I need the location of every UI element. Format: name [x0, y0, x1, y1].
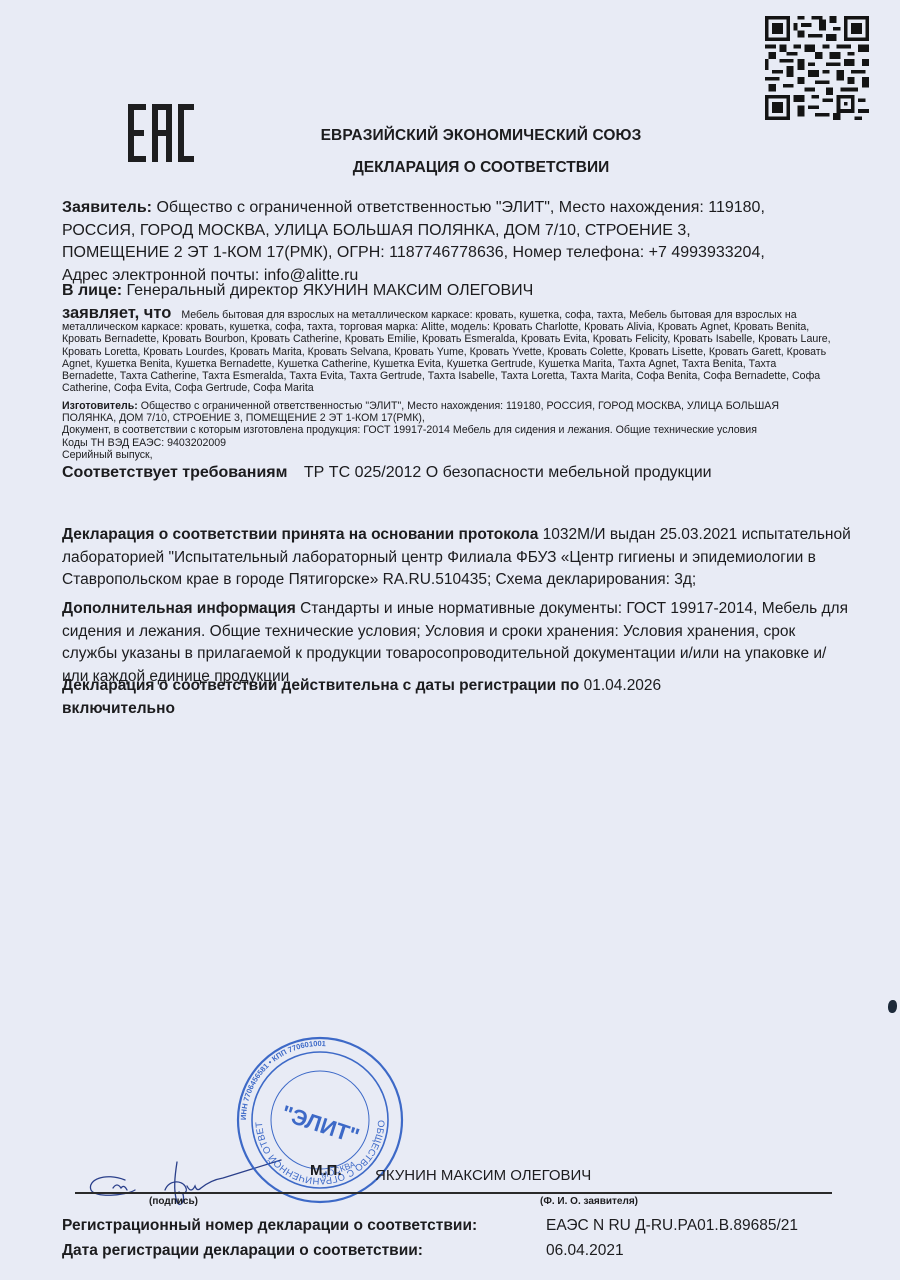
declares-line-2: металлическом каркасе: кровать, кушетка,…	[62, 321, 862, 333]
protocol-section: Декларация о соответствии принята на осн…	[62, 524, 852, 592]
compliance-label: Соответствует требованиям	[62, 464, 287, 481]
svg-text:ИНН 7706456581 • КПП 770601001: ИНН 7706456581 • КПП 770601001	[239, 1039, 326, 1120]
manufacturer-line-1: Изготовитель: Общество с ограниченной от…	[62, 400, 862, 412]
declares-line-4: Кровать Loretta, Кровать Lourdes, Кроват…	[62, 346, 862, 358]
manufacturer-codes: Коды ТН ВЭД ЕАЭС: 9403202009	[62, 437, 862, 449]
applicant-section: Заявитель: Общество с ограниченной ответ…	[62, 197, 852, 287]
document-title: ДЕКЛАРАЦИЯ О СООТВЕТСТВИИ	[0, 159, 900, 177]
svg-text:"ЭЛИТ": "ЭЛИТ"	[278, 1100, 362, 1149]
declares-line-7: Catherine, Софа Evita, Софа Gertrude, Со…	[62, 382, 862, 394]
representative-text: Генеральный директор ЯКУНИН МАКСИМ ОЛЕГО…	[127, 282, 534, 299]
manufacturer-section: Изготовитель: Общество с ограниченной от…	[62, 400, 862, 461]
declares-line-3: Кровать Bernadette, Кровать Bourbon, Кро…	[62, 333, 862, 345]
validity-suffix: включительно	[62, 700, 175, 717]
applicant-line-2: РОССИЯ, ГОРОД МОСКВА, УЛИЦА БОЛЬШАЯ ПОЛЯ…	[62, 220, 852, 243]
registration-number-value: ЕАЭС N RU Д-RU.РА01.В.89685/21	[546, 1217, 798, 1235]
compliance-section: Соответствует требованиям ТР ТС 025/2012…	[62, 464, 862, 482]
qr-code-icon	[765, 16, 869, 120]
manufacturer-serial: Серийный выпуск,	[62, 449, 862, 461]
qr-code[interactable]	[765, 16, 869, 120]
stamp-place-label: М.П.	[310, 1162, 342, 1179]
representative-label: В лице:	[62, 282, 122, 299]
validity-date: 01.04.2026	[584, 677, 662, 694]
registration-date-label: Дата регистрации декларации о соответств…	[62, 1242, 423, 1260]
declares-label: заявляет, что	[62, 304, 171, 322]
applicant-line-1: Заявитель: Общество с ограниченной ответ…	[62, 197, 852, 220]
signature-line-divider	[75, 1192, 832, 1194]
manufacturer-document: Документ, в соответствии с которым изгот…	[62, 424, 862, 436]
representative-section: В лице: Генеральный директор ЯКУНИН МАКС…	[62, 280, 852, 303]
punch-hole-mark	[888, 1000, 897, 1013]
union-title: ЕВРАЗИЙСКИЙ ЭКОНОМИЧЕСКИЙ СОЮЗ	[0, 127, 900, 145]
name-caption: (Ф. И. О. заявителя)	[540, 1196, 638, 1207]
declares-line-5: Agnet, Кушетка Benita, Кушетка Bernadett…	[62, 358, 862, 370]
declares-section: заявляет, чтоМебель бытовая для взрослых…	[62, 306, 862, 394]
protocol-label: Декларация о соответствии принята на осн…	[62, 526, 538, 543]
declares-line-6: Bernadette, Тахта Catherine, Тахта Esmer…	[62, 370, 862, 382]
registration-number-label: Регистрационный номер декларации о соотв…	[62, 1217, 477, 1235]
compliance-text: ТР ТС 025/2012 О безопасности мебельной …	[304, 464, 712, 481]
signature-caption: (подпись)	[149, 1196, 198, 1207]
manufacturer-label: Изготовитель:	[62, 400, 138, 412]
applicant-label: Заявитель:	[62, 199, 152, 216]
validity-label: Декларация о соответствии действительна …	[62, 677, 579, 694]
signatory-name: ЯКУНИН МАКСИМ ОЛЕГОВИЧ	[375, 1167, 591, 1184]
declares-line-1: заявляет, чтоМебель бытовая для взрослых…	[62, 306, 862, 321]
applicant-line-3: ПОМЕЩЕНИЕ 2 ЭТ 1-КОМ 17(РМК), ОГРН: 1187…	[62, 242, 852, 265]
manufacturer-line-2: ПОЛЯНКА, ДОМ 7/10, СТРОЕНИЕ 3, ПОМЕЩЕНИЕ…	[62, 412, 862, 424]
additional-info-label: Дополнительная информация	[62, 600, 296, 617]
validity-section: Декларация о соответствии действительна …	[62, 675, 852, 720]
registration-date-value: 06.04.2021	[546, 1242, 624, 1260]
